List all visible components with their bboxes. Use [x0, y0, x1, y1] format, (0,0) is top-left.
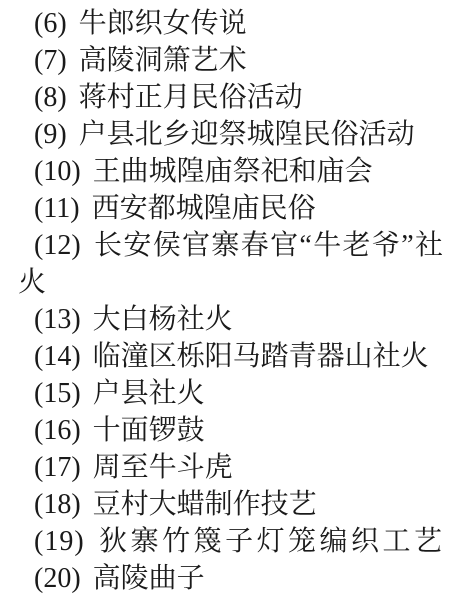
list-item: (12)长安侯官寨春官“牛老爷”社火	[18, 227, 443, 301]
item-number: (8)	[34, 82, 67, 113]
item-number: (6)	[34, 8, 67, 39]
item-text: 十面锣鼓	[93, 415, 205, 446]
list-item: (20)高陵曲子	[18, 560, 443, 597]
item-text: 户县社火	[93, 378, 205, 409]
item-number: (20)	[34, 563, 81, 594]
list-item: (8)蒋村正月民俗活动	[18, 79, 443, 116]
list-item: (10)王曲城隍庙祭祀和庙会	[18, 153, 443, 190]
list-item: (6)牛郎织女传说	[18, 5, 443, 42]
list-item: (11)西安都城隍庙民俗	[18, 190, 443, 227]
item-text: 长安侯官寨春官“牛老爷”社火	[18, 230, 443, 298]
list-item: (16)十面锣鼓	[18, 412, 443, 449]
item-number: (17)	[34, 452, 81, 483]
item-text: 大白杨社火	[93, 304, 233, 335]
item-number: (7)	[34, 45, 67, 76]
item-text: 豆村大蜡制作技艺	[93, 489, 317, 520]
item-text: 高陵曲子	[93, 563, 205, 594]
list-item: (17)周至牛斗虎	[18, 449, 443, 486]
heritage-list: (6)牛郎织女传说 (7)高陵洞箫艺术 (8)蒋村正月民俗活动 (9)户县北乡迎…	[18, 5, 443, 597]
item-number: (15)	[34, 378, 81, 409]
item-number: (19)	[34, 526, 85, 557]
item-text: 户县北乡迎祭城隍民俗活动	[79, 119, 415, 150]
list-item: (7)高陵洞箫艺术	[18, 42, 443, 79]
item-text: 西安都城隍庙民俗	[92, 193, 316, 224]
item-text: 王曲城隍庙祭祀和庙会	[93, 156, 373, 187]
item-number: (13)	[34, 304, 81, 335]
item-number: (14)	[34, 341, 81, 372]
list-item: (15)户县社火	[18, 375, 443, 412]
item-number: (11)	[34, 193, 80, 224]
list-item: (14)临潼区栎阳马踏青器山社火	[18, 338, 443, 375]
list-item: (13)大白杨社火	[18, 301, 443, 338]
item-number: (12)	[34, 230, 81, 261]
item-number: (9)	[34, 119, 67, 150]
item-text: 高陵洞箫艺术	[79, 45, 247, 76]
list-item: (9)户县北乡迎祭城隍民俗活动	[18, 116, 443, 153]
list-item: (18)豆村大蜡制作技艺	[18, 486, 443, 523]
item-text: 蒋村正月民俗活动	[79, 82, 303, 113]
document-page: (6)牛郎织女传说 (7)高陵洞箫艺术 (8)蒋村正月民俗活动 (9)户县北乡迎…	[0, 0, 449, 600]
item-number: (10)	[34, 156, 81, 187]
item-number: (16)	[34, 415, 81, 446]
item-number: (18)	[34, 489, 81, 520]
item-text: 狄寨竹篾子灯笼编织工艺	[97, 526, 443, 557]
item-text: 牛郎织女传说	[79, 8, 247, 39]
item-text: 周至牛斗虎	[93, 452, 233, 483]
item-text: 临潼区栎阳马踏青器山社火	[93, 341, 429, 372]
list-item: (19)狄寨竹篾子灯笼编织工艺	[18, 523, 443, 560]
